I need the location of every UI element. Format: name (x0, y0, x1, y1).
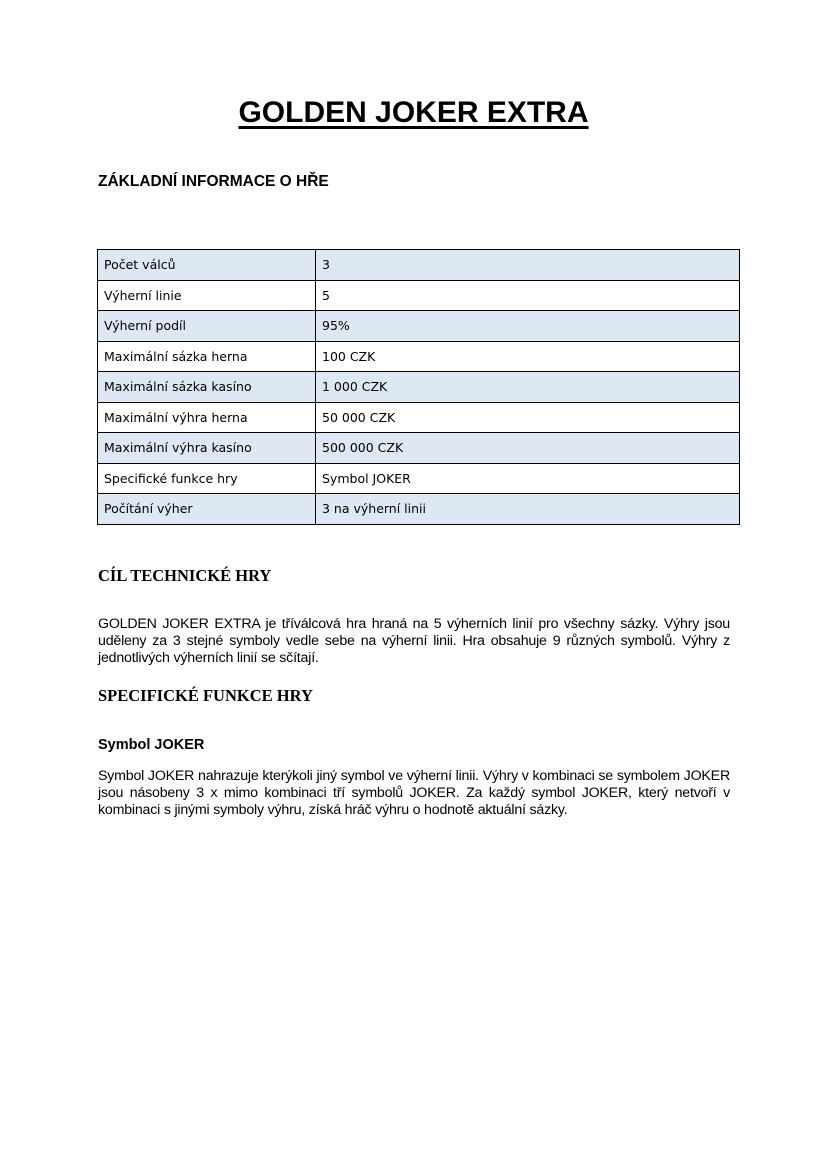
table-cell-value: 500 000 CZK (316, 433, 740, 464)
goal-paragraph: GOLDEN JOKER EXTRA je tříválcová hra hra… (98, 616, 730, 667)
section-heading-goal: CÍL TECHNICKÉ HRY (98, 566, 271, 586)
table-cell-label: Maximální sázka herna (98, 341, 316, 372)
table-cell-value: 100 CZK (316, 341, 740, 372)
table-row: Počítání výher3 na výherní linii (98, 494, 740, 525)
table-cell-label: Počet válců (98, 250, 316, 281)
table-row: Maximální sázka herna100 CZK (98, 341, 740, 372)
table-row: Maximální výhra herna50 000 CZK (98, 402, 740, 433)
table-cell-label: Výherní linie (98, 280, 316, 311)
table-cell-label: Maximální sázka kasíno (98, 372, 316, 403)
table-cell-label: Počítání výher (98, 494, 316, 525)
table-row: Výherní linie5 (98, 280, 740, 311)
table-cell-value: 3 (316, 250, 740, 281)
feature-heading-joker: Symbol JOKER (98, 737, 204, 753)
document-title: GOLDEN JOKER EXTRA (0, 96, 827, 130)
section-heading-basic-info: ZÁKLADNÍ INFORMACE O HŘE (98, 173, 329, 191)
table-cell-label: Specifické funkce hry (98, 463, 316, 494)
feature-paragraph-joker: Symbol JOKER nahrazuje kterýkoli jiný sy… (98, 768, 730, 819)
section-heading-features: SPECIFICKÉ FUNKCE HRY (98, 686, 313, 706)
table-row: Maximální výhra kasíno500 000 CZK (98, 433, 740, 464)
table-row: Maximální sázka kasíno1 000 CZK (98, 372, 740, 403)
table-cell-value: 95% (316, 311, 740, 342)
table-cell-label: Maximální výhra kasíno (98, 433, 316, 464)
table-cell-value: 5 (316, 280, 740, 311)
game-info-table: Počet válců3Výherní linie5Výherní podíl9… (97, 249, 740, 525)
table-cell-value: 1 000 CZK (316, 372, 740, 403)
table-cell-label: Maximální výhra herna (98, 402, 316, 433)
table-row: Výherní podíl95% (98, 311, 740, 342)
table-cell-value: 3 na výherní linii (316, 494, 740, 525)
table-row: Specifické funkce hrySymbol JOKER (98, 463, 740, 494)
table-cell-value: Symbol JOKER (316, 463, 740, 494)
table-cell-label: Výherní podíl (98, 311, 316, 342)
table-row: Počet válců3 (98, 250, 740, 281)
table-cell-value: 50 000 CZK (316, 402, 740, 433)
